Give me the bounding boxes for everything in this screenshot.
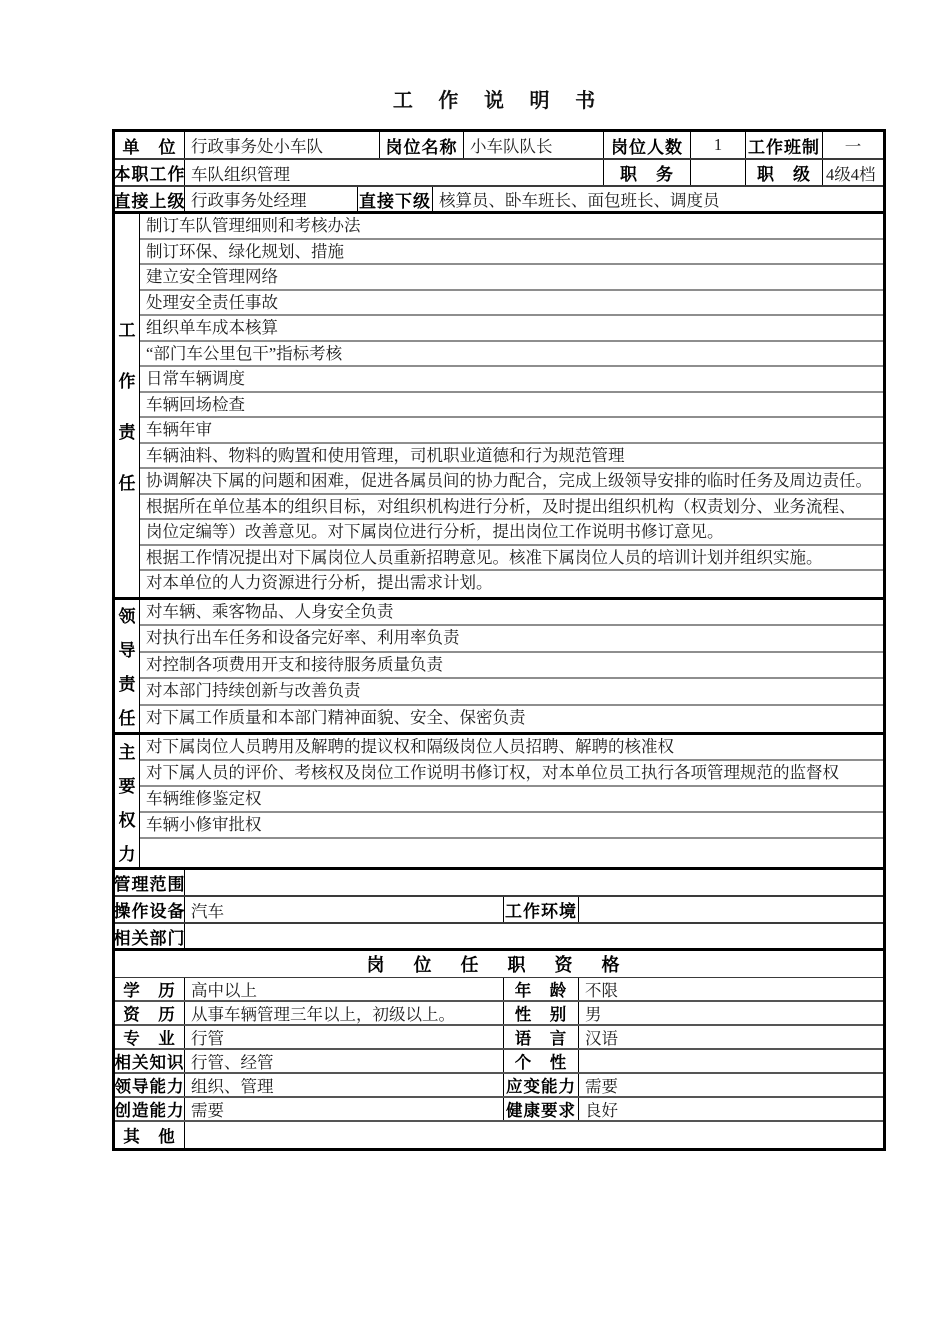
qualification-row-major-language: 专 业 行管 语 言 汉语: [115, 1026, 883, 1050]
responsibility-item: 根据所在单位基本的组织目标，对组织机构进行分析，及时提出组织机构（权责划分、业务…: [140, 495, 883, 521]
creativity-value: 需要: [185, 1098, 504, 1120]
qualification-row-knowledge-personality: 相关知识 行管、经管 个 性: [115, 1050, 883, 1074]
responsibility-item: 对车辆、乘客物品、人身安全负责: [140, 600, 883, 627]
related-knowledge-label: 相关知识: [115, 1050, 185, 1072]
responsibility-item: “部门车公里包干”指标考核: [140, 342, 883, 368]
leadership-responsibility-label: 领 导 责 任: [115, 600, 140, 733]
health-requirement-value: 良好: [579, 1098, 883, 1120]
label-char: 权: [119, 806, 136, 831]
label-char: 责: [119, 670, 136, 695]
main-powers-label: 主 要 权 力: [115, 735, 140, 867]
language-value: 汉语: [579, 1026, 883, 1048]
leadership-responsibility-items: 对车辆、乘客物品、人身安全负责 对执行出车任务和设备完好率、利用率负责 对控制各…: [140, 600, 883, 733]
qualification-row-other: 其 他: [115, 1122, 883, 1148]
main-job-value: 车队组织管理: [185, 160, 604, 185]
superior-value: 行政事务处经理: [185, 187, 358, 211]
superior-label: 直接上级: [115, 187, 185, 211]
responsibility-item: 对控制各项费用开支和接待服务质量负责: [140, 653, 883, 680]
work-responsibility-items: 制订车队管理细则和考核办法 制订环保、绿化规划、措施 建立安全管理网络 处理安全…: [140, 214, 883, 597]
qualification-row-creativity-health: 创造能力 需要 健康要求 良好: [115, 1098, 883, 1122]
age-value: 不限: [579, 978, 883, 1000]
power-item: 车辆维修鉴定权: [140, 787, 883, 813]
post-name-value: 小车队队长: [464, 132, 604, 158]
gender-value: 男: [579, 1002, 883, 1024]
responsibility-item: 对下属工作质量和本部门精神面貌、安全、保密负责: [140, 706, 883, 733]
health-requirement-label: 健康要求: [504, 1098, 579, 1120]
related-department-value: [185, 924, 883, 948]
header-row-superior: 直接上级 行政事务处经理 直接下级 核算员、卧车班长、面包班长、调度员: [115, 187, 883, 214]
main-powers-section: 主 要 权 力 对下属岗位人员聘用及解聘的提议权和隔级岗位人员招聘、解聘的核准权…: [115, 735, 883, 870]
responsibility-item: 对本部门持续创新与改善负责: [140, 679, 883, 706]
gender-label: 性 别: [504, 1002, 579, 1024]
experience-label: 资 历: [115, 1002, 185, 1024]
education-value: 高中以上: [185, 978, 504, 1000]
adaptability-label: 应变能力: [504, 1074, 579, 1096]
qualifications-title: 岗 位 任 职 资 格: [115, 951, 883, 978]
responsibility-item: 建立安全管理网络: [140, 265, 883, 291]
responsibility-item: 制订环保、绿化规划、措施: [140, 240, 883, 266]
headcount-value: 1: [691, 132, 746, 158]
major-label: 专 业: [115, 1026, 185, 1048]
equipment-label: 操作设备: [115, 897, 185, 922]
headcount-label: 岗位人数: [604, 132, 691, 158]
header-row-unit: 单 位 行政事务处小车队 岗位名称 小车队队长 岗位人数 1 工作班制 一: [115, 132, 883, 160]
creativity-label: 创造能力: [115, 1098, 185, 1120]
label-char: 导: [119, 636, 136, 661]
responsibility-item: 岗位定编等）改善意见。对下属岗位进行分析，提出岗位工作说明书修订意见。: [140, 520, 883, 546]
power-item: 对下属人员的评价、考核权及岗位工作说明书修订权，对本单位员工执行各项管理规范的监…: [140, 761, 883, 787]
header-row-main-job: 本职工作 车队组织管理 职 务 职 级 4级4档: [115, 160, 883, 187]
management-scope-label: 管理范围: [115, 870, 185, 895]
education-label: 学 历: [115, 978, 185, 1000]
equipment-value: 汽车: [185, 897, 504, 922]
personality-label: 个 性: [504, 1050, 579, 1072]
qualification-row-leadership-adaptability: 领导能力 组织、管理 应变能力 需要: [115, 1074, 883, 1098]
post-name-label: 岗位名称: [380, 132, 464, 158]
experience-value: 从事车辆管理三年以上，初级以上。: [185, 1002, 504, 1024]
rank-value: 4级4档: [823, 160, 883, 185]
language-label: 语 言: [504, 1026, 579, 1048]
responsibility-item: 车辆年审: [140, 418, 883, 444]
leadership-ability-value: 组织、管理: [185, 1074, 504, 1096]
qualification-row-experience-gender: 资 历 从事车辆管理三年以上，初级以上。 性 别 男: [115, 1002, 883, 1026]
responsibility-item: 组织单车成本核算: [140, 316, 883, 342]
work-responsibility-section: 工 作 责 任 制订车队管理细则和考核办法 制订环保、绿化规划、措施 建立安全管…: [115, 214, 883, 600]
environment-value: [579, 897, 883, 922]
equipment-environment-row: 操作设备 汽车 工作环境: [115, 897, 883, 924]
responsibility-item: 协调解决下属的问题和困难，促进各属员间的协力配合，完成上级领导安排的临时任务及周…: [140, 469, 883, 495]
duty-value: [691, 160, 746, 185]
management-scope-value: [185, 870, 883, 895]
related-knowledge-value: 行管、经管: [185, 1050, 504, 1072]
label-char: 领: [119, 602, 136, 627]
label-char: 主: [119, 738, 136, 763]
work-responsibility-label: 工 作 责 任: [115, 214, 140, 597]
shift-value: 一: [823, 132, 883, 158]
main-powers-items: 对下属岗位人员聘用及解聘的提议权和隔级岗位人员招聘、解聘的核准权 对下属人员的评…: [140, 735, 883, 867]
environment-label: 工作环境: [504, 897, 579, 922]
label-char: 工: [119, 316, 136, 341]
qualification-row-education-age: 学 历 高中以上 年 龄 不限: [115, 978, 883, 1002]
major-value: 行管: [185, 1026, 504, 1048]
job-description-table: 单 位 行政事务处小车队 岗位名称 小车队队长 岗位人数 1 工作班制 一 本职…: [112, 129, 886, 1151]
shift-label: 工作班制: [746, 132, 823, 158]
adaptability-value: 需要: [579, 1074, 883, 1096]
label-char: 要: [119, 772, 136, 797]
responsibility-item: 对执行出车任务和设备完好率、利用率负责: [140, 626, 883, 653]
rank-label: 职 级: [746, 160, 823, 185]
responsibility-item: 车辆油料、物料的购置和使用管理，司机职业道德和行为规范管理: [140, 444, 883, 470]
label-char: 任: [119, 704, 136, 729]
management-scope-row: 管理范围: [115, 870, 883, 897]
related-department-row: 相关部门: [115, 924, 883, 951]
subordinate-value: 核算员、卧车班长、面包班长、调度员: [433, 187, 883, 211]
age-label: 年 龄: [504, 978, 579, 1000]
other-value: [185, 1122, 883, 1148]
label-char: 责: [119, 418, 136, 443]
leadership-ability-label: 领导能力: [115, 1074, 185, 1096]
responsibility-item: 对本单位的人力资源进行分析，提出需求计划。: [140, 571, 883, 597]
other-label: 其 他: [115, 1122, 185, 1148]
job-description-page: 工 作 说 明 书 单 位 行政事务处小车队 岗位名称 小车队队长 岗位人数 1…: [0, 0, 950, 1344]
label-char: 作: [119, 367, 136, 392]
related-department-label: 相关部门: [115, 924, 185, 948]
responsibility-item: 日常车辆调度: [140, 367, 883, 393]
power-item-empty: [140, 839, 883, 867]
responsibility-item: 车辆回场检查: [140, 393, 883, 419]
power-item: 车辆小修审批权: [140, 813, 883, 839]
unit-value: 行政事务处小车队: [185, 132, 380, 158]
responsibility-item: 制订车队管理细则和考核办法: [140, 214, 883, 240]
duty-label: 职 务: [604, 160, 691, 185]
subordinate-label: 直接下级: [358, 187, 433, 211]
document-title: 工 作 说 明 书: [112, 84, 886, 113]
main-job-label: 本职工作: [115, 160, 185, 185]
label-char: 任: [119, 469, 136, 494]
label-char: 力: [119, 840, 136, 865]
unit-label: 单 位: [115, 132, 185, 158]
responsibility-item: 处理安全责任事故: [140, 291, 883, 317]
power-item: 对下属岗位人员聘用及解聘的提议权和隔级岗位人员招聘、解聘的核准权: [140, 735, 883, 761]
responsibility-item: 根据工作情况提出对下属岗位人员重新招聘意见。核准下属岗位人员的培训计划并组织实施…: [140, 546, 883, 572]
personality-value: [579, 1050, 883, 1072]
leadership-responsibility-section: 领 导 责 任 对车辆、乘客物品、人身安全负责 对执行出车任务和设备完好率、利用…: [115, 600, 883, 736]
